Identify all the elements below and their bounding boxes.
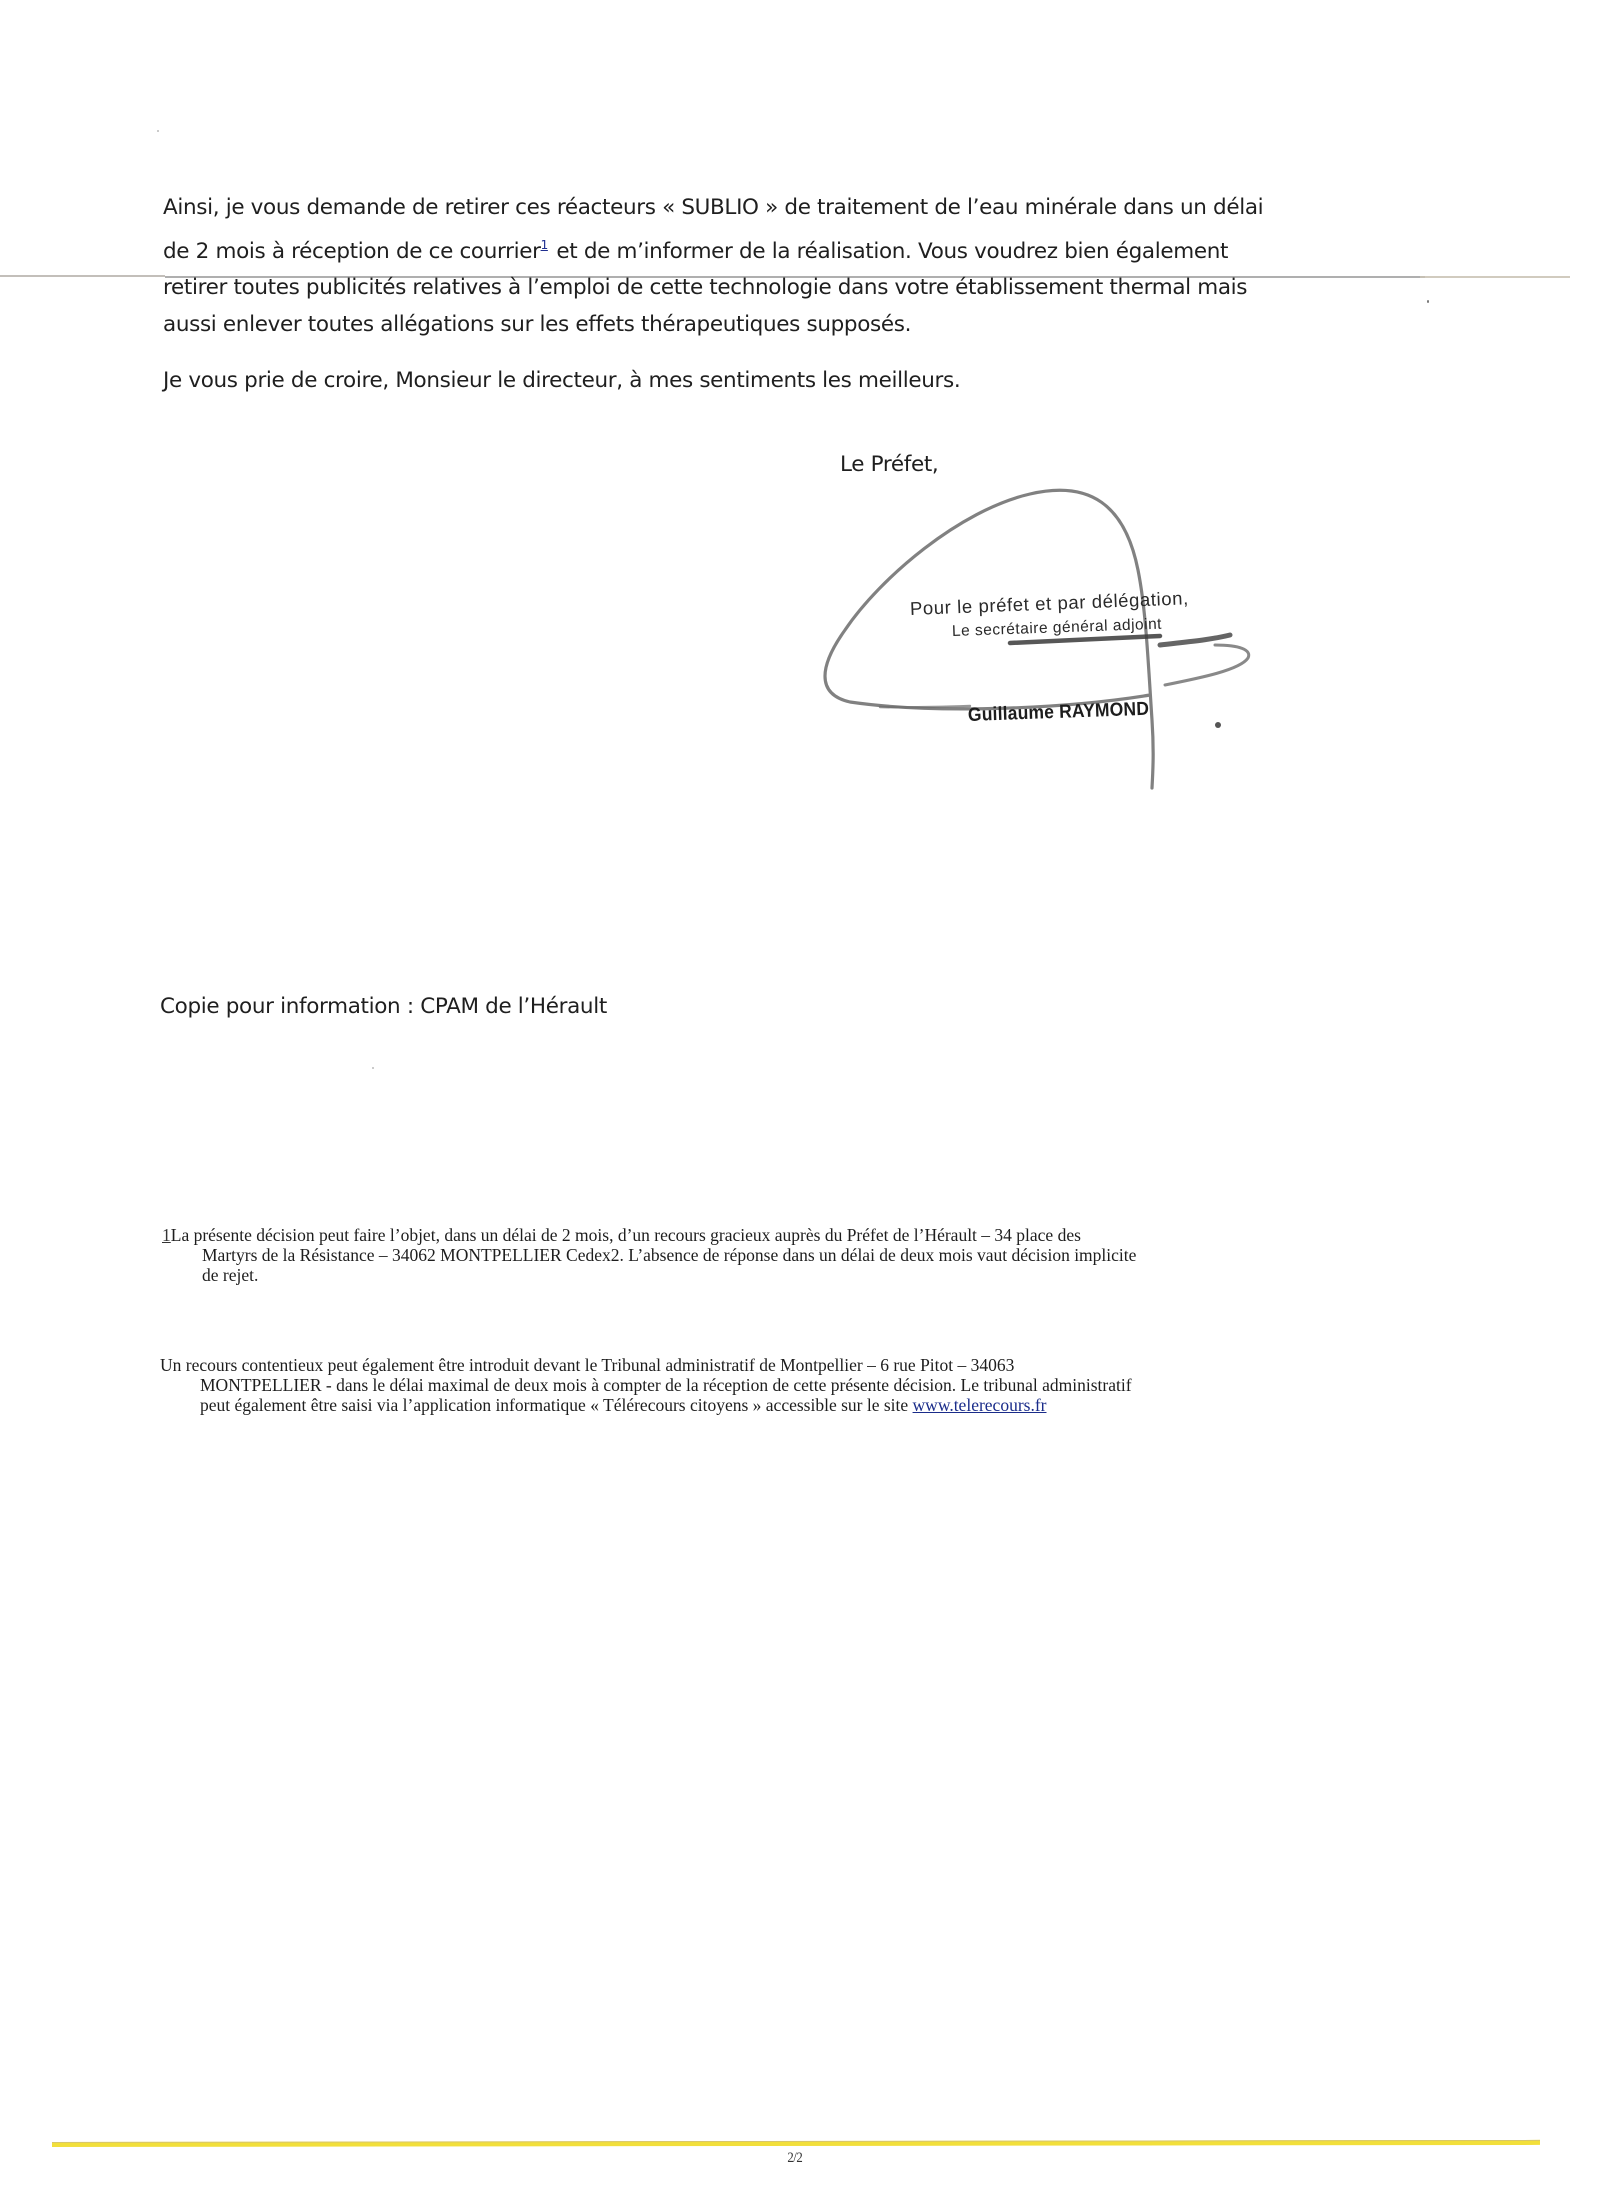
request-paragraph: Ainsi, je vous demande de retirer ces ré… [163, 190, 1263, 343]
scan-speck [157, 130, 159, 132]
paragraph-line-part: et de m’informer de la réalisation. Vous… [550, 239, 1228, 264]
paragraph-line: Ainsi, je vous demande de retirer ces ré… [163, 190, 1263, 227]
ink-dot [1215, 722, 1221, 728]
paragraph-line-part: de 2 mois à réception de ce courrier [163, 239, 541, 264]
footnote-line: Martyrs de la Résistance – 34062 MONTPEL… [162, 1245, 1136, 1265]
footnote-line: peut également être saisi via l’applicat… [160, 1395, 1132, 1415]
footer-rule [52, 2140, 1540, 2147]
scan-artifact-line [0, 275, 165, 277]
scan-artifact-line [1420, 276, 1570, 278]
paragraph-line: retirer toutes publicités relatives à l’… [163, 270, 1263, 307]
footnote-line: 1La présente décision peut faire l’objet… [162, 1225, 1136, 1245]
signature-stamp: Pour le préfet et par délégation, Le sec… [820, 480, 1280, 790]
footnote-appeal: Un recours contentieux peut également êt… [160, 1355, 1132, 1415]
footnote-reference-link[interactable]: 1 [541, 238, 548, 252]
page-number: 2/2 [787, 2150, 802, 2167]
telerecours-link[interactable]: www.telerecours.fr [913, 1395, 1047, 1415]
footnote-line: Un recours contentieux peut également êt… [160, 1355, 1132, 1375]
scan-speck [372, 1067, 374, 1069]
copy-notice: Copie pour information : CPAM de l’Hérau… [160, 994, 607, 1019]
footnote-line: de rejet. [162, 1265, 1136, 1285]
footnote-number: 1 [162, 1225, 171, 1245]
scan-speck [1427, 300, 1429, 303]
footnote-text: peut également être saisi via l’applicat… [200, 1395, 913, 1415]
paragraph-line: aussi enlever toutes allégations sur les… [163, 307, 1263, 344]
footnote-1: 1La présente décision peut faire l’objet… [162, 1225, 1136, 1285]
footnote-line: MONTPELLIER - dans le délai maximal de d… [160, 1375, 1132, 1395]
footnote-text: La présente décision peut faire l’objet,… [171, 1225, 1081, 1245]
signatory-title: Le Préfet, [840, 452, 938, 477]
closing-formula: Je vous prie de croire, Monsieur le dire… [163, 368, 960, 393]
paragraph-line: de 2 mois à réception de ce courrier1 et… [163, 227, 1263, 271]
document-page: Ainsi, je vous demande de retirer ces ré… [0, 0, 1616, 2208]
